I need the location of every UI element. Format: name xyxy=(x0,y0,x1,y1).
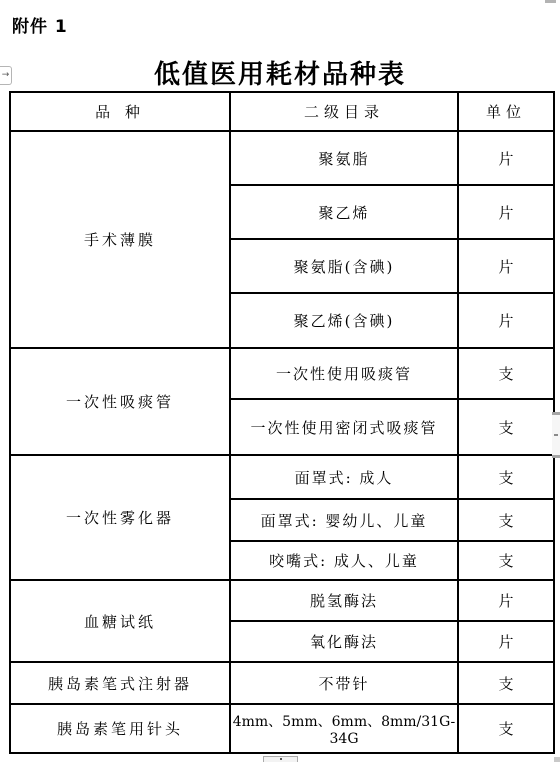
unit-cell: 片 xyxy=(458,580,554,621)
column-header-unit: 单位 xyxy=(458,92,554,131)
unit-cell: 支 xyxy=(458,704,554,753)
item-cell: 聚乙烯(含碘) xyxy=(230,293,458,348)
item-cell: 面罩式: 成人 xyxy=(230,455,458,499)
unit-cell: 支 xyxy=(458,348,554,399)
scrollbar-grip-icon xyxy=(554,434,558,436)
table-row: 手术薄膜聚氨脂片 xyxy=(10,131,554,185)
document-page: 附件 1 → 低值医用耗材品种表 品 种 二级目录 单位 手术薄膜聚氨脂片聚乙烯… xyxy=(0,0,560,762)
document-title: 低值医用耗材品种表 xyxy=(0,54,560,91)
header-row: 品 种 二级目录 单位 xyxy=(10,92,554,131)
item-cell: 聚氨脂 xyxy=(230,131,458,185)
unit-cell: 支 xyxy=(458,541,554,580)
consumables-table: 品 种 二级目录 单位 手术薄膜聚氨脂片聚乙烯片聚氨脂(含碘)片聚乙烯(含碘)片… xyxy=(9,91,555,754)
item-cell: 一次性使用吸痰管 xyxy=(230,348,458,399)
item-cell: 脱氢酶法 xyxy=(230,580,458,621)
item-cell: 咬嘴式: 成人、儿童 xyxy=(230,541,458,580)
item-cell: 聚乙烯 xyxy=(230,185,458,239)
column-header-secondary-catalog: 二级目录 xyxy=(230,92,458,131)
item-cell: 面罩式: 婴幼儿、儿童 xyxy=(230,499,458,541)
bottom-right-fragment xyxy=(554,757,560,762)
attachment-label: 附件 1 xyxy=(12,12,68,37)
unit-cell: 支 xyxy=(458,662,554,704)
table-row: 胰岛素笔式注射器不带针支 xyxy=(10,662,554,704)
category-cell: 一次性吸痰管 xyxy=(10,348,230,455)
bottom-control-dot-icon xyxy=(280,758,282,760)
table-row: 血糖试纸脱氢酶法片 xyxy=(10,580,554,621)
scrollbar-top-fragment[interactable] xyxy=(545,0,556,3)
category-cell: 血糖试纸 xyxy=(10,580,230,662)
unit-cell: 片 xyxy=(458,293,554,348)
unit-cell: 片 xyxy=(458,621,554,662)
table-row: 一次性雾化器面罩式: 成人支 xyxy=(10,455,554,499)
category-cell: 手术薄膜 xyxy=(10,131,230,348)
unit-cell: 支 xyxy=(458,399,554,455)
category-cell: 胰岛素笔用针头 xyxy=(10,704,230,753)
category-cell: 一次性雾化器 xyxy=(10,455,230,580)
item-cell: 不带针 xyxy=(230,662,458,704)
unit-cell: 片 xyxy=(458,185,554,239)
item-cell: 聚氨脂(含碘) xyxy=(230,239,458,293)
item-cell: 氧化酶法 xyxy=(230,621,458,662)
category-cell: 胰岛素笔式注射器 xyxy=(10,662,230,704)
table-row: 胰岛素笔用针头4mm、5mm、6mm、8mm/31G-34G支 xyxy=(10,704,554,753)
item-cell: 4mm、5mm、6mm、8mm/31G-34G xyxy=(230,704,458,753)
unit-cell: 支 xyxy=(458,455,554,499)
bottom-partial-control[interactable] xyxy=(263,756,298,762)
item-cell: 一次性使用密闭式吸痰管 xyxy=(230,399,458,455)
unit-cell: 片 xyxy=(458,239,554,293)
unit-cell: 片 xyxy=(458,131,554,185)
vertical-scrollbar-thumb[interactable] xyxy=(552,412,560,458)
unit-cell: 支 xyxy=(458,499,554,541)
table-row: 一次性吸痰管一次性使用吸痰管支 xyxy=(10,348,554,399)
table-body: 手术薄膜聚氨脂片聚乙烯片聚氨脂(含碘)片聚乙烯(含碘)片一次性吸痰管一次性使用吸… xyxy=(10,131,554,753)
column-header-variety: 品 种 xyxy=(10,92,230,131)
